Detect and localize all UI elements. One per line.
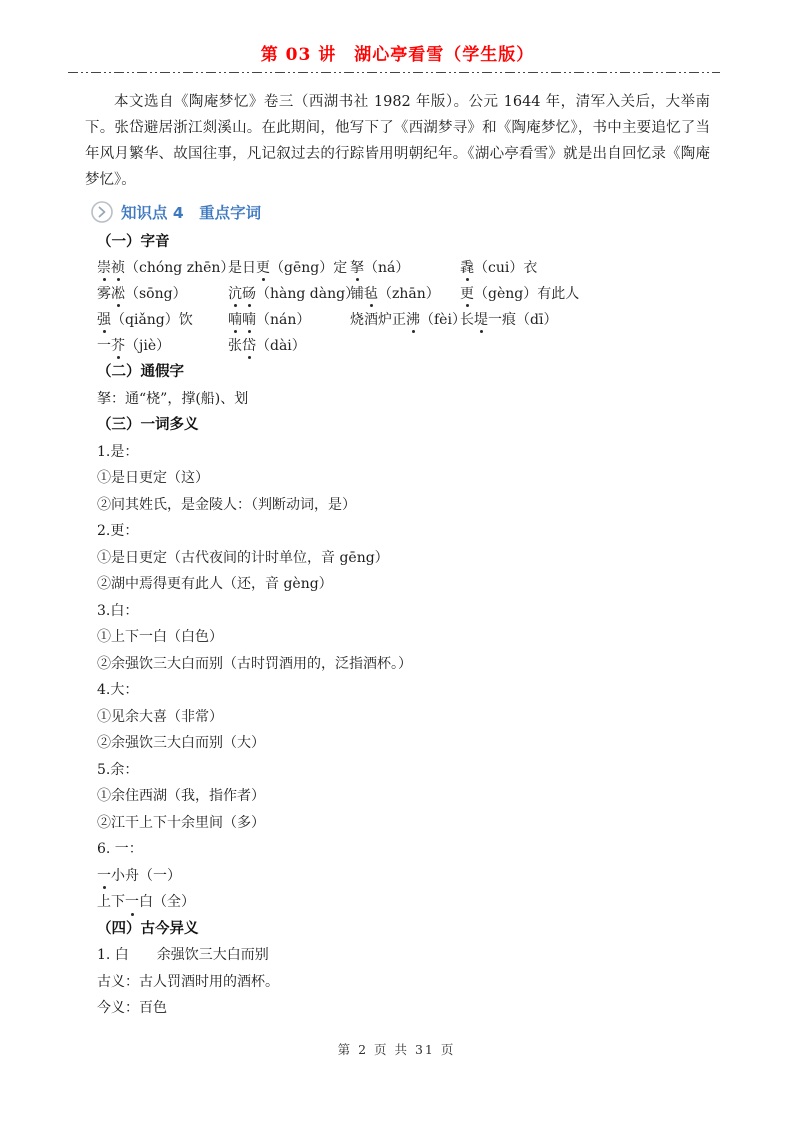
phonetic-item: 烧酒炉正沸（fèi） <box>350 307 460 333</box>
emphasis-dotted-char: 祯 <box>111 255 125 281</box>
emphasis-dotted-char: 岱 <box>242 333 256 359</box>
intro-paragraph: 本文选自《陶庵梦忆》卷三（西湖书社 1982 年版）。公元 1644 年，清军入… <box>85 89 710 193</box>
knowledge-point-label: 知识点 4 重点字词 <box>121 201 261 223</box>
text-line: 4.大： <box>97 677 710 704</box>
text-line: ②湖中焉得更有此人（还，音 gèng） <box>97 571 710 598</box>
text-line: ②余强饮三大白而别（古时罚酒用的，泛指酒杯。） <box>97 651 710 678</box>
emphasis-dotted-char: 堤 <box>474 307 488 333</box>
text-line: 拏：通“桡”，撑(船)、划 <box>97 386 710 413</box>
text-line: 今义：百色 <box>97 995 710 1022</box>
emphasis-dotted-char: 砀 <box>242 281 256 307</box>
phonetic-item <box>460 333 710 359</box>
text-line: 6. 一： <box>97 836 710 863</box>
emphasis-dotted-char: 更 <box>460 281 474 307</box>
phonetic-item: 崇祯（chóng zhēn） <box>97 255 228 281</box>
page-title: 第 03 讲 湖心亭看雪（学生版） <box>85 44 710 66</box>
phonetic-item: 长堤一痕（dī） <box>460 307 710 333</box>
emphasis-dotted-char: 拏 <box>350 255 364 281</box>
phonetic-item <box>350 333 460 359</box>
emphasis-dotted-char: 一 <box>125 889 139 916</box>
section-heading: （四）古今异义 <box>97 916 710 943</box>
text-line: 一小舟（一） <box>97 863 710 890</box>
phonetic-item: 强（qiǎng）饮 <box>97 307 228 333</box>
text-line: ①余住西湖（我，指作者） <box>97 783 710 810</box>
phonetic-item: 张岱（dài） <box>228 333 350 359</box>
text-line: ②江干上下十余里间（多） <box>97 810 710 837</box>
emphasis-dotted-char: 更 <box>256 255 270 281</box>
emphasis-dotted-char: 毡 <box>364 281 378 307</box>
emphasis-dotted-char: 凇 <box>111 281 125 307</box>
phonetic-item: 拏（ná） <box>350 255 460 281</box>
text-line: ①上下一白（白色） <box>97 624 710 651</box>
phonetic-item: 更（gèng）有此人 <box>460 281 710 307</box>
emphasis-dotted-char: 喃 <box>242 307 256 333</box>
text-line: 3.白： <box>97 598 710 625</box>
title-separator-rule <box>68 72 720 73</box>
knowledge-point-heading: 知识点 4 重点字词 <box>85 199 710 225</box>
emphasis-dotted-char: 一 <box>97 863 111 890</box>
emphasis-dotted-char: 沸 <box>406 307 420 333</box>
chevron-circle-icon <box>91 201 113 223</box>
phonetic-item: 喃喃（nán） <box>228 307 350 333</box>
body-content: （二）通假字拏：通“桡”，撑(船)、划（三）一词多义1.是：①是日更定（这）②问… <box>85 359 710 1022</box>
text-line: ①是日更定（这） <box>97 465 710 492</box>
text-line: ①见余大喜（非常） <box>97 704 710 731</box>
text-line: ②余强饮三大白而别（大） <box>97 730 710 757</box>
emphasis-dotted-char: 喃 <box>228 307 242 333</box>
text-line: 1. 白 余强饮三大白而别 <box>97 942 710 969</box>
emphasis-dotted-char: 沆 <box>228 281 242 307</box>
section-heading: （三）一词多义 <box>97 412 710 439</box>
text-line: ①是日更定（古代夜间的计时单位，音 gēng） <box>97 545 710 572</box>
emphasis-dotted-char: 强 <box>97 307 111 333</box>
phonetic-item: 沆砀（hàng dàng） <box>228 281 350 307</box>
text-line: 5.余： <box>97 757 710 784</box>
phonetic-item: 一芥（jiè） <box>97 333 228 359</box>
section-heading-pronunciation: （一）字音 <box>97 229 710 255</box>
emphasis-dotted-char: 芥 <box>111 333 125 359</box>
text-line: 上下一白（全） <box>97 889 710 916</box>
phonetic-item: 是日更（gēng）定 <box>228 255 350 281</box>
phonetic-table: 崇祯（chóng zhēn）是日更（gēng）定拏（ná）毳（cui）衣雾凇（s… <box>97 255 710 359</box>
text-line: 1.是： <box>97 439 710 466</box>
emphasis-dotted-char: 毳 <box>460 255 474 281</box>
text-line: ②问其姓氏，是金陵人：（判断动词，是） <box>97 492 710 519</box>
phonetic-item: 雾凇（sōng） <box>97 281 228 307</box>
page-footer: 第 2 页 共 31 页 <box>0 1040 793 1058</box>
emphasis-dotted-char: 崇 <box>97 255 111 281</box>
phonetic-item: 铺毡（zhān） <box>350 281 460 307</box>
text-line: 古义：古人罚酒时用的酒杯。 <box>97 969 710 996</box>
phonetic-item: 毳（cui）衣 <box>460 255 710 281</box>
section-heading: （二）通假字 <box>97 359 710 386</box>
document-page: 第 03 讲 湖心亭看雪（学生版） 本文选自《陶庵梦忆》卷三（西湖书社 1982… <box>0 0 793 1122</box>
text-line: 2.更： <box>97 518 710 545</box>
